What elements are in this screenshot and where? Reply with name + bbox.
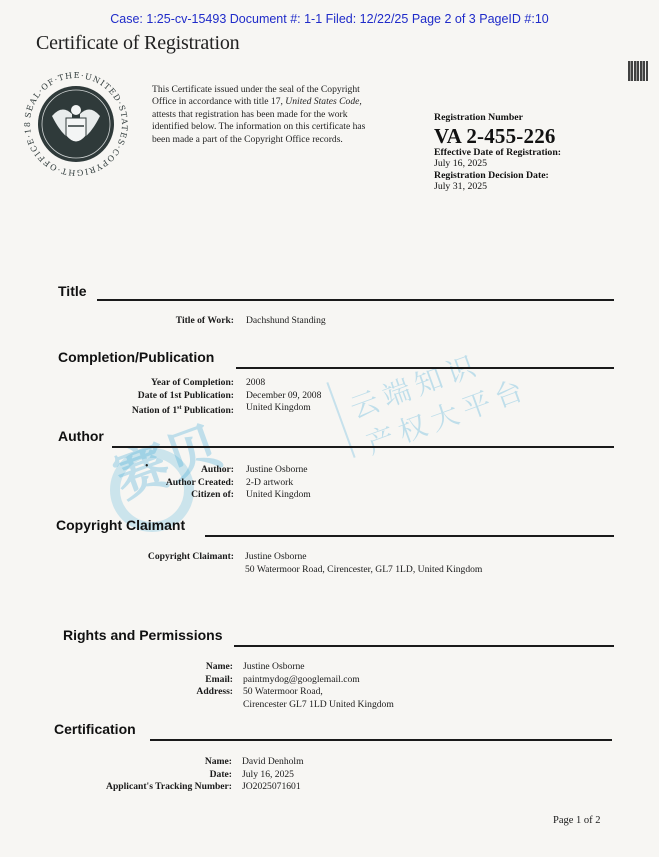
field-label: Date: [106, 769, 232, 782]
author-values: Justine Osborne 2-D artwork United Kingd… [246, 464, 311, 502]
rights-name: Justine Osborne [243, 661, 394, 674]
certification-date: July 16, 2025 [242, 769, 304, 782]
field-label: Nation of 1st Publication: [132, 402, 234, 418]
section-heading-claimant: Copyright Claimant [56, 517, 185, 533]
field-label: Title of Work: [176, 315, 234, 328]
us-copyright-office-seal-icon: SEAL·OF·THE·UNITED·STATES·COPYRIGHT·OFFI… [22, 70, 130, 178]
intro-line: This Certificate issued under the seal o… [152, 84, 412, 96]
certificate-intro-text: This Certificate issued under the seal o… [152, 84, 412, 146]
field-label: Author Created: [166, 477, 234, 490]
section-heading-author: Author [58, 428, 104, 444]
claimant-values: Justine Osborne 50 Watermoor Road, Ciren… [245, 551, 482, 576]
rights-labels: Name: Email: Address: [196, 661, 233, 699]
section-rule [234, 645, 614, 647]
rights-address-line2: Cirencester GL7 1LD United Kingdom [243, 699, 394, 712]
date-of-first-publication: December 09, 2008 [246, 390, 321, 403]
field-label: Applicant's Tracking Number: [106, 781, 232, 794]
field-label: Address: [196, 686, 233, 699]
author-name: Justine Osborne [246, 464, 311, 477]
section-heading-completion: Completion/Publication [58, 349, 214, 365]
tracking-number: JO2025071601 [242, 781, 304, 794]
registration-block: Registration Number VA 2-455-226 Effecti… [434, 112, 561, 193]
datamatrix-barcode-icon [628, 61, 648, 81]
intro-line: Office in accordance with title 17, Unit… [152, 96, 412, 108]
section-rule [150, 739, 612, 741]
court-filing-stamp: Case: 1:25-cv-15493 Document #: 1-1 File… [0, 12, 659, 26]
section-rule [205, 535, 614, 537]
section-heading-rights: Rights and Permissions [63, 627, 222, 643]
bullet: • [145, 461, 149, 472]
section-rule [97, 299, 614, 301]
title-of-work: Dachshund Standing [246, 315, 326, 328]
effective-date-label: Effective Date of Registration: [434, 147, 561, 158]
registration-number: VA 2-455-226 [434, 125, 561, 147]
nation-of-first-publication: United Kingdom [246, 402, 321, 415]
field-label: Copyright Claimant: [148, 551, 234, 564]
decision-date: July 31, 2025 [434, 181, 561, 193]
rights-email[interactable]: paintmydog@googlemail.com [243, 674, 394, 687]
completion-values: 2008 December 09, 2008 United Kingdom [246, 377, 321, 415]
field-label: Author: [166, 464, 234, 477]
section-heading-title: Title [58, 283, 87, 299]
intro-line-italic: United States Code, [285, 96, 361, 107]
claimant-name: Justine Osborne [245, 551, 482, 564]
intro-line-part: Office in accordance with title 17, [152, 96, 285, 107]
field-label: Name: [106, 756, 232, 769]
intro-line: been made a part of the Copyright Office… [152, 134, 412, 146]
field-label: Year of Completion: [132, 377, 234, 390]
field-label: Name: [196, 661, 233, 674]
certificate-title: Certificate of Registration [36, 32, 239, 55]
page-number: Page 1 of 2 [553, 815, 601, 826]
registration-number-label: Registration Number [434, 112, 561, 123]
completion-labels: Year of Completion: Date of 1st Publicat… [132, 377, 234, 418]
rights-address-line1: 50 Watermoor Road, [243, 686, 394, 699]
section-rule [112, 446, 614, 448]
certification-labels: Name: Date: Applicant's Tracking Number: [106, 756, 232, 794]
field-label: Email: [196, 674, 233, 687]
section-heading-certification: Certification [54, 721, 136, 737]
citizen-of: United Kingdom [246, 489, 311, 502]
effective-date: July 16, 2025 [434, 158, 561, 170]
section-rule [236, 367, 614, 369]
decision-date-label: Registration Decision Date: [434, 170, 561, 181]
certification-values: David Denholm July 16, 2025 JO2025071601 [242, 756, 304, 794]
field-label: Citizen of: [166, 489, 234, 502]
author-labels: Author: Author Created: Citizen of: [166, 464, 234, 502]
field-label: Date of 1st Publication: [132, 390, 234, 403]
year-of-completion: 2008 [246, 377, 321, 390]
intro-line: attests that registration has been made … [152, 109, 412, 121]
rights-values: Justine Osborne paintmydog@googlemail.co… [243, 661, 394, 711]
author-created: 2-D artwork [246, 477, 311, 490]
intro-line: identified below. The information on thi… [152, 121, 412, 133]
claimant-address: 50 Watermoor Road, Cirencester, GL7 1LD,… [245, 564, 482, 577]
certifier-name: David Denholm [242, 756, 304, 769]
